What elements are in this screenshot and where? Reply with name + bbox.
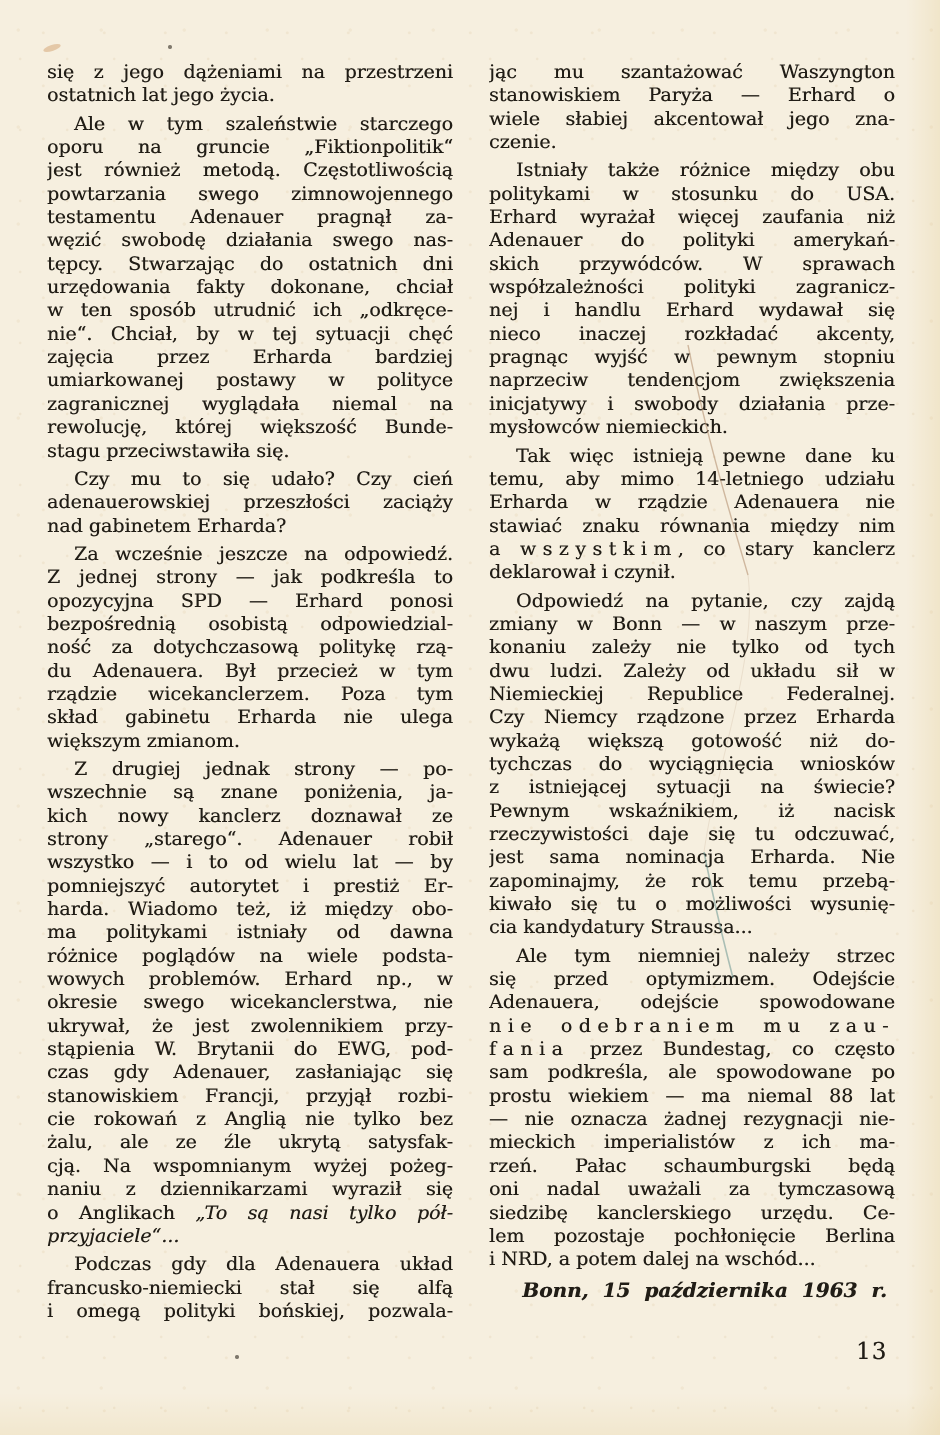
text-line: się przed optymizmem. Odejście <box>489 968 895 991</box>
paragraph: Tak więc istnieją pewne dane kutemu, aby… <box>489 445 895 585</box>
text-line: Ale w tym szaleństwie starczego <box>47 113 453 136</box>
text-line: Adenauer do polityki amerykań- <box>489 229 895 252</box>
text-line: Pewnym wskaźnikiem, iż nacisk <box>489 800 895 823</box>
paragraph: Ale tym niemniej należy strzecsię przed … <box>489 945 895 1272</box>
text-line: z istniejącej sytuacji na świecie? <box>489 776 895 799</box>
paragraph: Z drugiej jednak strony — po-wszechnie s… <box>47 758 453 1248</box>
text-line: politykami w stosunku do USA. <box>489 183 895 206</box>
text-line: adenauerowskiej przeszłości zaciąży <box>47 491 453 514</box>
text-line: Za wcześnie jeszcze na odpowiedź. <box>47 543 453 566</box>
text-line: wszystko — i to od wielu lat — by <box>47 851 453 874</box>
text-line: nieco inaczej rozkładać akcenty, <box>489 323 895 346</box>
text-line: a wszystkim, co stary kanclerz <box>489 538 895 561</box>
text-line: rzeczywistości daje się tu odczuwać, <box>489 823 895 846</box>
text-line: współzależności polityki zagranicz- <box>489 276 895 299</box>
text-line: Z jednej strony — jak podkreśla to <box>47 566 453 589</box>
text-line: żalu, ale ze źle ukrytą satysfak- <box>47 1131 453 1154</box>
text-line: wiele słabiej akcentował jego zna- <box>489 108 895 131</box>
paragraph: Podczas gdy dla Adenauera układfrancusko… <box>47 1253 453 1323</box>
letterspaced-text: wszystkim <box>520 538 678 560</box>
text-line: Podczas gdy dla Adenauera układ <box>47 1253 453 1276</box>
text-segment: przez Bundestag, co często <box>569 1038 895 1060</box>
text-line: mieckich imperialistów z ich ma- <box>489 1131 895 1154</box>
text-line: zagranicznej wyglądała niemal na <box>47 393 453 416</box>
dateline: Bonn, 15 października 1963 r. <box>489 1278 887 1302</box>
text-line: wowych problemów. Erhard np., w <box>47 968 453 991</box>
text-line: francusko-niemiecki stał się alfą <box>47 1277 453 1300</box>
text-line: jąc mu szantażować Waszyngton <box>489 61 895 84</box>
text-line: Czy mu to się udało? Czy cień <box>47 468 453 491</box>
text-line: cie rokowań z Anglią nie tylko bez <box>47 1108 453 1131</box>
paragraph: jąc mu szantażować Waszyngtonstanowiskie… <box>489 61 895 154</box>
text-line: zapominajmy, że rok temu przebą- <box>489 870 895 893</box>
text-segment: , co stary kanclerz <box>678 538 895 560</box>
text-line: jest sama nominacja Erharda. Nie <box>489 846 895 869</box>
text-line: temu, aby mimo 14-letniego udziału <box>489 468 895 491</box>
text-line: czas gdy Adenauer, zasłaniając się <box>47 1061 453 1084</box>
text-line: Tak więc istnieją pewne dane ku <box>489 445 895 468</box>
text-line: cia kandydatury Straussa... <box>489 916 895 939</box>
text-line: powtarzania swego zimnowojennego <box>47 183 453 206</box>
text-line: nad gabinetem Erharda? <box>47 515 453 538</box>
text-column-left: się z jego dążeniami na przestrzeniostat… <box>47 61 453 1323</box>
text-line: rewolucję, której większość Bunde- <box>47 416 453 439</box>
text-line: zmiany w Bonn — w naszym prze- <box>489 613 895 636</box>
text-line: ność za dotychczasową politykę rzą- <box>47 636 453 659</box>
text-line: pomniejszyć autorytet i prestiż Er- <box>47 875 453 898</box>
scanned-page: się z jego dążeniami na przestrzeniostat… <box>0 0 940 1435</box>
text-line: Istniały także różnice między obu <box>489 159 895 182</box>
text-line: i NRD, a potem dalej na wschód... <box>489 1248 895 1271</box>
letterspaced-text: nie odebraniem mu zau- <box>489 1015 895 1037</box>
text-line: nie odebraniem mu zau- <box>489 1015 895 1038</box>
letterspaced-text: fania <box>489 1038 569 1060</box>
text-line: opozycyjna SPD — Erhard ponosi <box>47 590 453 613</box>
text-line: harda. Wiadomo też, iż między obo- <box>47 898 453 921</box>
paragraph: Ale w tym szaleństwie starczegooporu na … <box>47 113 453 463</box>
text-line: sam podkreśla, ale spowodowane po <box>489 1061 895 1084</box>
text-line: — nie oznacza żadnej rezygnacji nie- <box>489 1108 895 1131</box>
text-line: deklarował i czynił. <box>489 561 895 584</box>
text-line: siedzibę kanclerskiego urzędu. Ce- <box>489 1202 895 1225</box>
text-line: lem pozostaje pochłonięcie Berlina <box>489 1225 895 1248</box>
text-line: przyjaciele“... <box>47 1225 453 1248</box>
text-line: tępcy. Stwarzając do ostatnich dni <box>47 253 453 276</box>
text-line: oni nadal uważali za tymczasową <box>489 1178 895 1201</box>
paragraph: Istniały także różnice między obupolityk… <box>489 159 895 439</box>
text-line: naniu z dziennikarzami wyraził się <box>47 1178 453 1201</box>
text-line: bezpośrednią osobistą odpowiedzial- <box>47 613 453 636</box>
text-line: Erhard wyrażał więcej zaufania niż <box>489 206 895 229</box>
text-line: strony „starego“. Adenauer robił <box>47 828 453 851</box>
text-line: skład gabinetu Erharda nie ulega <box>47 706 453 729</box>
text-line: Odpowiedź na pytanie, czy zajdą <box>489 590 895 613</box>
text-line: większym zmianom. <box>47 730 453 753</box>
text-line: fania przez Bundestag, co często <box>489 1038 895 1061</box>
text-line: konaniu zależy nie tylko od tych <box>489 636 895 659</box>
text-line: skich przywódców. W sprawach <box>489 253 895 276</box>
text-line: dwu ludzi. Zależy od układu sił w <box>489 660 895 683</box>
text-line: stąpienia W. Brytanii do EWG, pod- <box>47 1038 453 1061</box>
text-line: zajęcia przez Erharda bardziej <box>47 346 453 369</box>
text-line: okresie swego wicekanclerstwa, nie <box>47 991 453 1014</box>
text-line: stawiać znaku równania między nim <box>489 515 895 538</box>
paragraph: Odpowiedź na pytanie, czy zajdązmiany w … <box>489 590 895 940</box>
text-line: cją. Na wspomnianym wyżej pożeg- <box>47 1155 453 1178</box>
italic-text: przyjaciele“... <box>47 1225 179 1247</box>
text-line: różnice poglądów na wiele podsta- <box>47 945 453 968</box>
text-line: jest również metodą. Częstotliwością <box>47 159 453 182</box>
text-line: kiwało się tu o możliwości wysunię- <box>489 893 895 916</box>
text-line: naprzeciw tendencjom zwiększenia <box>489 369 895 392</box>
text-line: prostu wiekiem — ma niemal 88 lat <box>489 1085 895 1108</box>
text-line: testamentu Adenauer pragnął za- <box>47 206 453 229</box>
text-line: pragnąc wyjść w pewnym stopniu <box>489 346 895 369</box>
text-line: rządzie wicekanclerzem. Poza tym <box>47 683 453 706</box>
paragraph: Czy mu to się udało? Czy cieńadenauerows… <box>47 468 453 538</box>
text-line: Ale tym niemniej należy strzec <box>489 945 895 968</box>
paragraph: się z jego dążeniami na przestrzeniostat… <box>47 61 453 108</box>
text-line: ukrywał, że jest zwolennikiem przy- <box>47 1015 453 1038</box>
text-line: wykażą większą gotowość niż do- <box>489 730 895 753</box>
text-line: ostatnich lat jego życia. <box>47 84 453 107</box>
text-line: ma politykami istniały od dawna <box>47 921 453 944</box>
text-line: rzeń. Pałac schaumburgski będą <box>489 1155 895 1178</box>
text-line: Niemieckiej Republice Federalnej. <box>489 683 895 706</box>
text-line: o Anglikach „To są nasi tylko pół- <box>47 1202 453 1225</box>
paragraph: Za wcześnie jeszcze na odpowiedź.Z jedne… <box>47 543 453 753</box>
text-line: się z jego dążeniami na przestrzeni <box>47 61 453 84</box>
text-line: i omegą polityki bońskiej, pozwala- <box>47 1300 453 1323</box>
text-segment: o Anglikach <box>47 1202 195 1224</box>
text-line: Erharda w rządzie Adenauera nie <box>489 491 895 514</box>
text-line: mysłowców niemieckich. <box>489 416 895 439</box>
text-line: umiarkowanej postawy w polityce <box>47 369 453 392</box>
text-line: Czy Niemcy rządzone przez Erharda <box>489 706 895 729</box>
text-line: tychczas do wyciągnięcia wniosków <box>489 753 895 776</box>
text-line: stanowiskiem Paryża — Erhard o <box>489 84 895 107</box>
text-line: czenie. <box>489 131 895 154</box>
text-line: wszechnie są znane poniżenia, ja- <box>47 781 453 804</box>
text-line: du Adenauera. Był przecież w tym <box>47 660 453 683</box>
text-line: w ten sposób utrudnić ich „odkręce- <box>47 299 453 322</box>
italic-text: „To są nasi tylko pół- <box>195 1202 453 1224</box>
text-line: nie“. Chciał, by w tej sytuacji chęć <box>47 323 453 346</box>
text-line: stanowiskiem Francji, przyjął rozbi- <box>47 1085 453 1108</box>
text-column-right: jąc mu szantażować Waszyngtonstanowiskie… <box>489 61 895 1272</box>
text-line: węzić swobodę działania swego nas- <box>47 229 453 252</box>
page-number: 13 <box>856 1339 887 1365</box>
text-line: inicjatywy i swobody działania prze- <box>489 393 895 416</box>
text-line: Adenauera, odejście spowodowane <box>489 991 895 1014</box>
text-line: Z drugiej jednak strony — po- <box>47 758 453 781</box>
text-line: oporu na gruncie „Fiktionpolitik“ <box>47 136 453 159</box>
text-segment: a <box>489 538 520 560</box>
text-line: stagu przeciwstawiła się. <box>47 440 453 463</box>
text-line: kich nowy kanclerz doznawał ze <box>47 805 453 828</box>
text-line: urzędowania fakty dokonane, chciał <box>47 276 453 299</box>
text-line: nej i handlu Erhard wydawał się <box>489 299 895 322</box>
